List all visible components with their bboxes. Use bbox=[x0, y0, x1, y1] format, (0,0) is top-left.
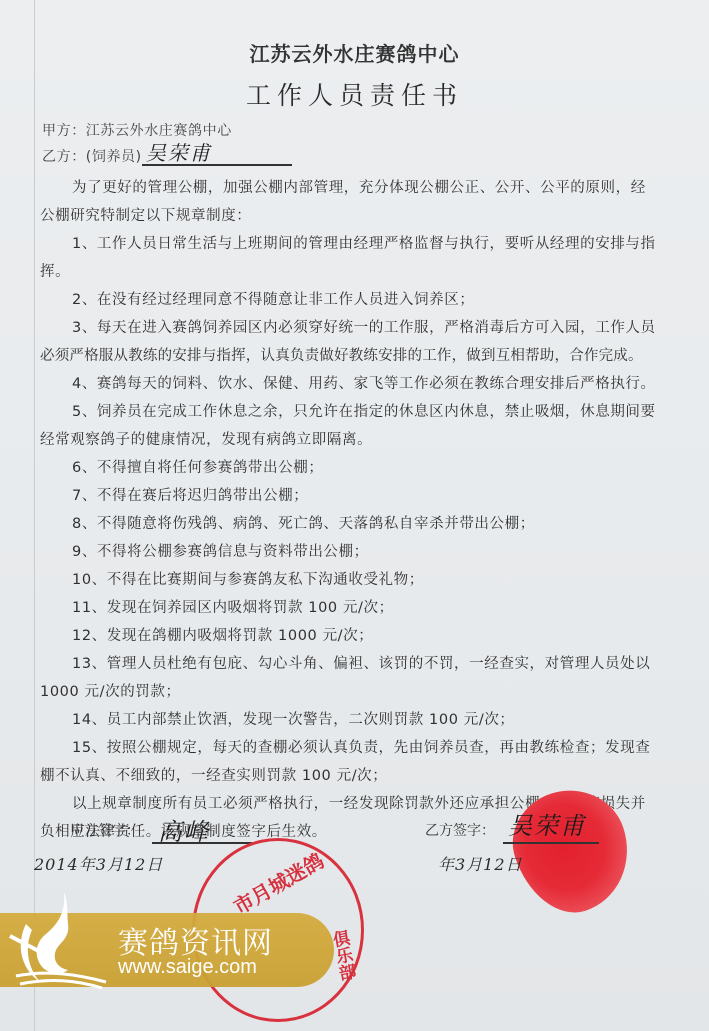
pigeon-logo-icon bbox=[6, 884, 116, 994]
rule-1-line-1: 1、工作人员日常生活与上班期间的管理由经理严格监督与执行，要听从经理的安排与指 bbox=[72, 232, 656, 253]
rule-13-line-1: 13、管理人员杜绝有包庇、勾心斗角、偏袒、该罚的不罚，一经查实，对管理人员处以 bbox=[72, 652, 650, 673]
party-a-handwritten-signature: 高峰 bbox=[158, 812, 210, 847]
rule-15-line-1: 15、按照公棚规定，每天的查棚必须认真负责，先由饲养员查，再由教练检查；发现查 bbox=[72, 736, 650, 757]
scanned-document: 江苏云外水庄赛鸽中心 工作人员责任书 甲方：江苏云外水庄赛鸽中心 乙方：(饲养员… bbox=[0, 0, 709, 1031]
party-a-signature-label: 甲方签字： bbox=[70, 820, 140, 840]
party-b-blank: 吴荣甫 bbox=[142, 150, 292, 166]
rule-13-line-2: 1000 元/次的罚款； bbox=[40, 680, 181, 701]
rule-5-line-2: 经常观察鸽子的健康情况，发现有病鸽立即隔离。 bbox=[40, 428, 372, 449]
party-b-line: 乙方：(饲养员)吴荣甫 bbox=[42, 146, 292, 166]
rule-6: 6、不得擅自将任何参赛鸽带出公棚； bbox=[72, 456, 323, 477]
rule-3-line-1: 3、每天在进入赛鸽饲养园区内必须穿好统一的工作服，严格消毒后方可入园，工作人员 bbox=[72, 316, 656, 337]
party-b-signature-label: 乙方签字： bbox=[425, 820, 495, 840]
rule-7: 7、不得在赛后将迟归鸽带出公棚； bbox=[72, 484, 308, 505]
rule-1-line-2: 挥。 bbox=[40, 260, 70, 281]
organization-title: 江苏云外水庄赛鸽中心 bbox=[0, 38, 709, 67]
paper-fold-line bbox=[34, 0, 35, 1031]
party-b-signature-line bbox=[503, 842, 599, 844]
rule-5-line-1: 5、饲养员在完成工作休息之余，只允许在指定的休息区内休息，禁止吸烟，休息期间要 bbox=[72, 400, 656, 421]
party-b-handwritten-signature: 吴荣甫 bbox=[508, 806, 586, 841]
intro-line-2: 公棚研究特制定以下规章制度： bbox=[40, 204, 251, 225]
document-title: 工作人员责任书 bbox=[0, 76, 709, 112]
intro-line-1: 为了更好的管理公棚，加强公棚内部管理，充分体现公棚公正、公开、公平的原则，经 bbox=[72, 176, 646, 197]
party-b-handwritten-name: 吴荣甫 bbox=[146, 137, 212, 166]
rule-11: 11、发现在饲养园区内吸烟将罚款 100 元/次； bbox=[72, 596, 394, 617]
rule-8: 8、不得随意将伤残鸽、病鸽、死亡鸽、天落鸽私自宰杀并带出公棚； bbox=[72, 512, 535, 533]
watermark-url: www.saige.com bbox=[118, 956, 257, 979]
rule-10: 10、不得在比赛期间与参赛鸽友私下沟通收受礼物； bbox=[72, 568, 424, 589]
rule-2: 2、在没有经过经理同意不得随意让非工作人员进入饲养区； bbox=[72, 288, 474, 309]
party-b-label: 乙方：(饲养员) bbox=[42, 149, 142, 165]
rule-14: 14、员工内部禁止饮酒，发现一次警告，二次则罚款 100 元/次； bbox=[72, 708, 515, 729]
rule-15-line-2: 棚不认真、不细致的，一经查实则罚款 100 元/次； bbox=[40, 764, 387, 785]
rule-9: 9、不得将公棚参赛鸽信息与资料带出公棚； bbox=[72, 540, 369, 561]
rule-3-line-2: 必须严格服从教练的安排与指挥，认真负责做好教练安排的工作，做到互相帮助，合作完成… bbox=[40, 344, 643, 365]
party-b-date: 年3月12日 bbox=[438, 852, 523, 875]
party-a-date: 2014年3月12日 bbox=[34, 852, 163, 875]
rule-12: 12、发现在鸽棚内吸烟将罚款 1000 元/次； bbox=[72, 624, 373, 645]
rule-4: 4、赛鸽每天的饲料、饮水、保健、用药、家飞等工作必须在教练合理安排后严格执行。 bbox=[72, 372, 656, 393]
